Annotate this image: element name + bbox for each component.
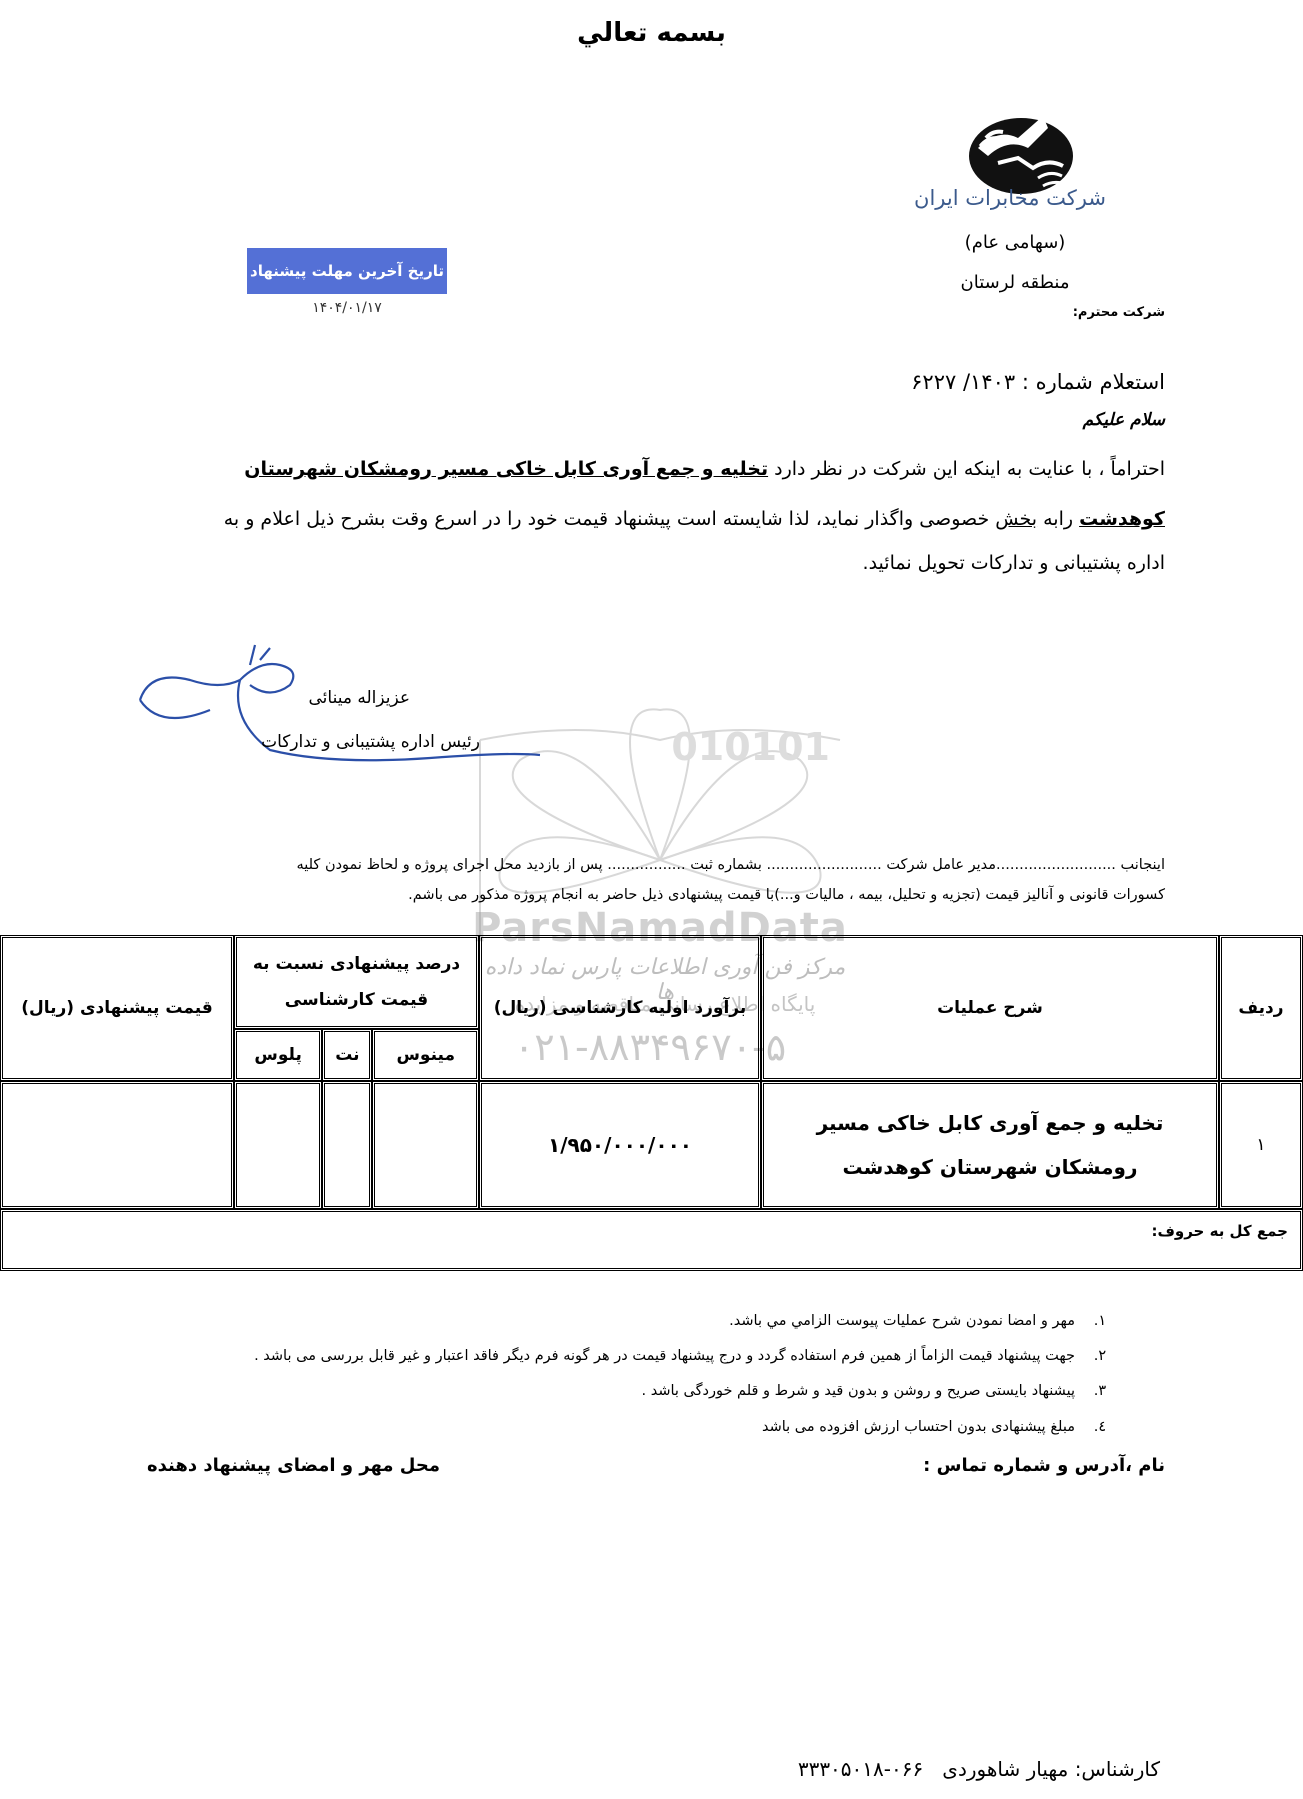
deadline-date: ۱۴۰۴/۰۱/۱۷ (247, 300, 447, 316)
note-number: ۱. (1075, 1313, 1125, 1329)
deadline-label-badge: تاریخ آخرین مهلت پیشنهاد (247, 248, 447, 294)
project-subject: تخلیه و جمع آوری کابل خاکی مسیر رومشکان … (244, 458, 768, 480)
expert-contact: کارشناس: مهیار شاهوردی ۰۶۶-۳۳۳۰۵۰۱۸ (740, 1757, 1160, 1781)
note-text: مهر و امضا نمودن شرح عملیات پیوست الزامي… (729, 1313, 1075, 1329)
tci-logo-icon (958, 108, 1084, 196)
signer-title: رئیس اداره پشتیبانی و تدارکات (200, 732, 480, 752)
header-minus: مینوس (372, 1029, 479, 1081)
header-offer-price: قیمت پیشنهادی (ریال) (0, 935, 234, 1081)
cell-plus-input[interactable] (234, 1081, 322, 1209)
para2-mid: رابه (1037, 508, 1079, 530)
note-text: پیشنهاد بایستی صریح و روشن و بدون قید و … (642, 1383, 1076, 1399)
note-number: ۳. (1075, 1383, 1125, 1399)
note-number: ٤. (1075, 1419, 1125, 1435)
note-number: ۲. (1075, 1348, 1125, 1364)
para2-rest: خصوصی واگذار نماید، لذا شایسته است پیشنه… (224, 508, 996, 530)
total-in-words-label: جمع کل به حروف: (1151, 1222, 1288, 1240)
table-row: ۱ تخلیه و جمع آوری کابل خاکی مسیر رومشکا… (0, 1081, 1303, 1209)
svg-text:010101: 010101 (671, 725, 830, 769)
operations-table: ردیف شرح عملیات برآورد اولیه کارشناسی (ر… (0, 935, 1303, 1271)
note-item: ۲.جهت پیشنهاد قیمت الزاماً از همین فرم ا… (80, 1348, 1125, 1364)
note-item: ۱.مهر و امضا نمودن شرح عملیات پیوست الزا… (125, 1313, 1125, 1329)
expert-name: مهیار شاهوردی (942, 1757, 1068, 1781)
expert-label: کارشناس: (1075, 1757, 1160, 1781)
letter-paragraph-line3: اداره پشتیبانی و تدارکات تحویل نمائید. (125, 542, 1165, 584)
table-header-row: ردیف شرح عملیات برآورد اولیه کارشناسی (ر… (0, 935, 1303, 1029)
para1-prefix: احتراماً ، با عنایت به اینکه این شرکت در… (768, 458, 1165, 480)
contact-info-label: نام ،آدرس و شماره تماس : (780, 1455, 1165, 1476)
greeting: سلام علیکم (960, 410, 1165, 430)
cell-row-number: ۱ (1219, 1081, 1303, 1209)
company-region: منطقه لرستان (930, 272, 1100, 293)
note-text: مبلغ پیشنهادی بدون احتساب ارزش افزوده می… (762, 1419, 1075, 1435)
recipient-label: شرکت محترم: (1000, 305, 1165, 320)
table-total-row: جمع کل به حروف: (0, 1209, 1303, 1271)
cell-offer-price-input[interactable] (0, 1081, 234, 1209)
letter-paragraph-line1: احتراماً ، با عنایت به اینکه این شرکت در… (125, 448, 1165, 490)
total-in-words-field[interactable]: جمع کل به حروف: (0, 1209, 1303, 1271)
cell-minus-input[interactable] (372, 1081, 479, 1209)
declaration-line1: اینجانب ..........................مدیر ع… (125, 857, 1165, 873)
stamp-signature-label: محل مهر و امضای پیشنهاد دهنده (140, 1455, 440, 1476)
note-text: جهت پیشنهاد قیمت الزاماً از همین فرم است… (254, 1348, 1075, 1364)
cell-description: تخلیه و جمع آوری کابل خاکی مسیر رومشکان … (761, 1081, 1219, 1209)
inquiry-number: ۱۴۰۳/ ۶۲۲۷ (911, 370, 1015, 394)
signer-name: عزیزاله مینائی (250, 688, 410, 708)
header-description: شرح عملیات (761, 935, 1219, 1081)
inquiry-label: استعلام شماره : (1022, 370, 1165, 394)
header-net: نت (322, 1029, 372, 1081)
bismillah-heading: بسمه تعالي (0, 18, 1303, 48)
project-city: کوهدشت (1079, 508, 1165, 530)
header-percent-group: درصد پیشنهادی نسبت به قیمت کارشناسی (234, 935, 479, 1029)
declaration-line2: کسورات قانونی و آنالیز قیمت (تجزیه و تحل… (125, 887, 1165, 903)
note-item: ۳.پیشنهاد بایستی صریح و روشن و بدون قید … (125, 1383, 1125, 1399)
cell-net-input[interactable] (322, 1081, 372, 1209)
cell-estimate: ۱/۹۵۰/۰۰۰/۰۰۰ (479, 1081, 761, 1209)
inquiry-number-line: استعلام شماره : ۱۴۰۳/ ۶۲۲۷ (860, 370, 1165, 394)
header-row-number: ردیف (1219, 935, 1303, 1081)
para2-underlined: بخش (995, 508, 1037, 530)
expert-phone: ۰۶۶-۳۳۳۰۵۰۱۸ (798, 1757, 923, 1781)
header-plus: پلوس (234, 1029, 322, 1081)
company-type: (سهامی عام) (930, 232, 1100, 253)
letter-paragraph-line2: کوهدشت رابه بخش خصوصی واگذار نماید، لذا … (125, 498, 1165, 540)
header-estimate: برآورد اولیه کارشناسی (ریال) (479, 935, 761, 1081)
company-name: شرکت مخابرات ایران (900, 186, 1120, 210)
note-item: ٤.مبلغ پیشنهادی بدون احتساب ارزش افزوده … (125, 1419, 1125, 1435)
